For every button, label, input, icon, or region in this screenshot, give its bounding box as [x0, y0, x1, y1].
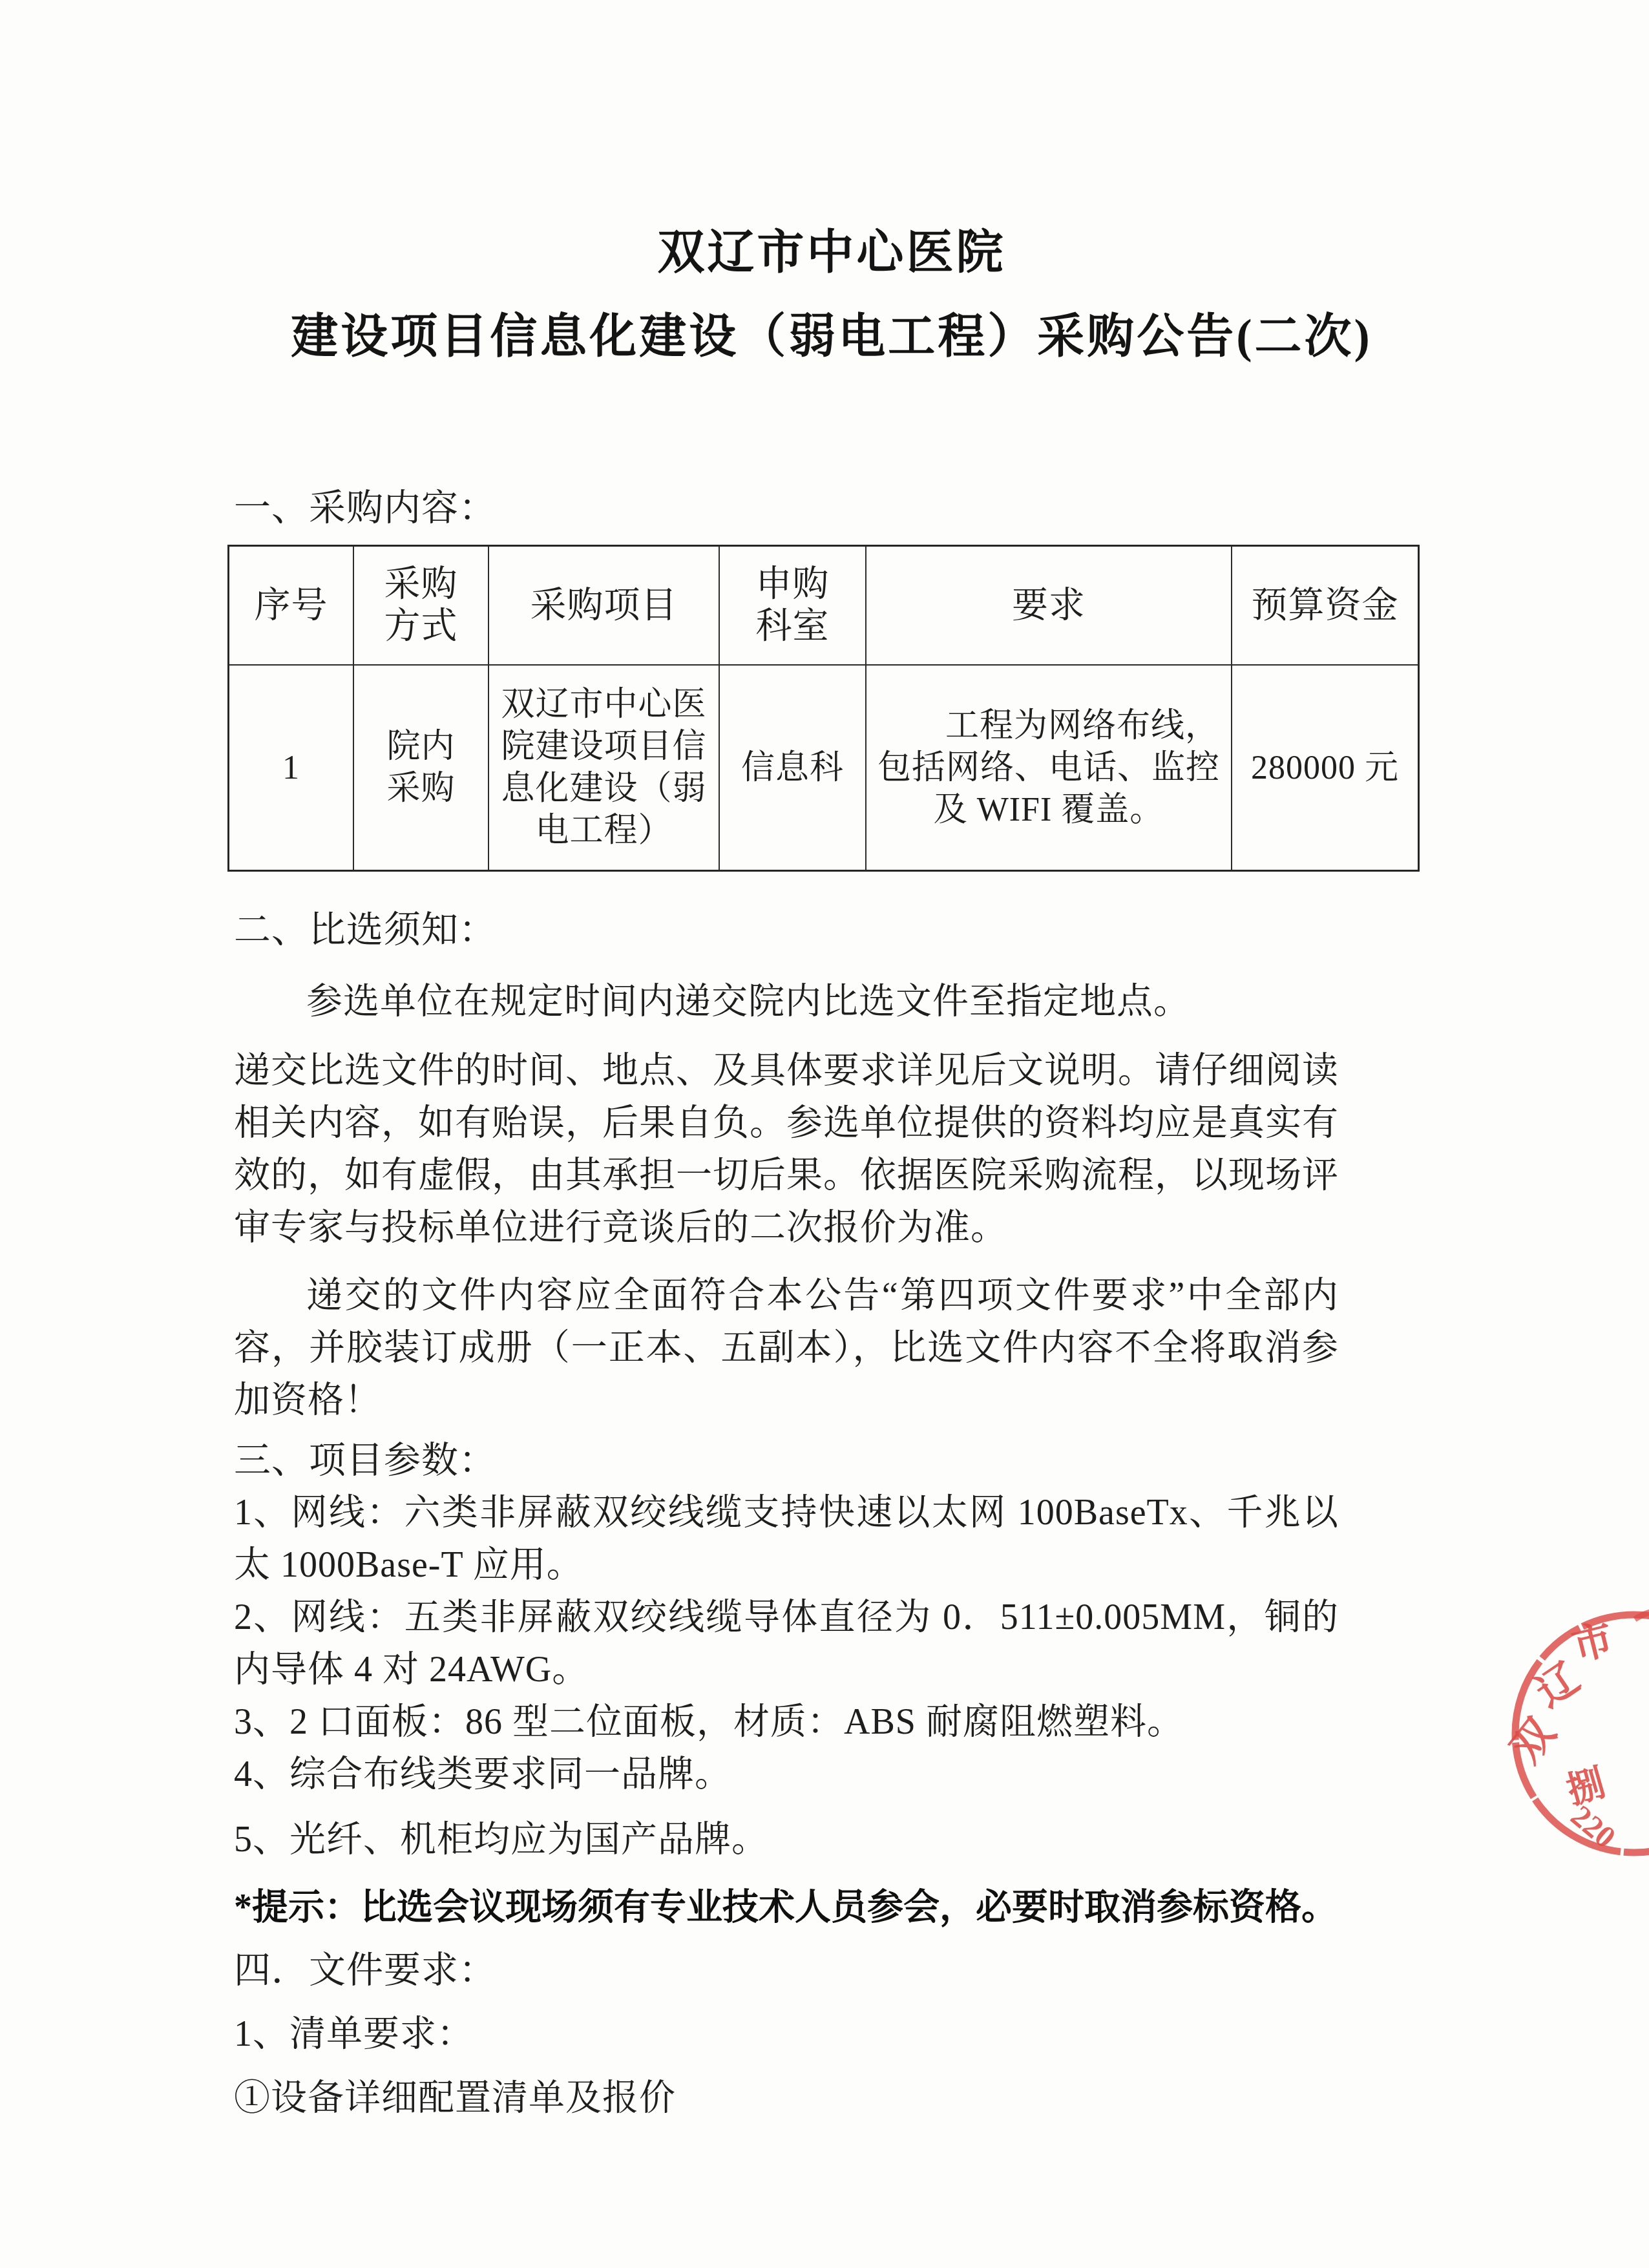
document-title-line2: 建设项目信息化建设（弱电工程）采购公告(二次) [234, 311, 1429, 362]
section4-heading: 四．文件要求： [234, 1944, 1339, 1997]
parameter-item-4: 4、综合布线类要求同一品牌。 [234, 1748, 1339, 1801]
cell-purchase-project: 双辽市中心医院建设项目信息化建设（弱电工程） [488, 665, 719, 871]
section2-paragraph1: 参选单位在规定时间内递交院内比选文件至指定地点。 [234, 976, 1339, 1028]
header-requesting-department: 申购 科室 [719, 546, 866, 666]
cell-requirement: 工程为网络布线，包括网络、电话、监控及 WIFI 覆盖。 [866, 665, 1232, 871]
bold-notice-line: *提示：比选会议现场须有专业技术人员参会，必要时取消参标资格。 [234, 1882, 1339, 1934]
cell-purchase-method: 院内 采购 [353, 665, 488, 871]
parameter-item-3: 3、2 口面板：86 型二位面板，材质：ABS 耐腐阻燃塑料。 [234, 1696, 1339, 1748]
header-requirement: 要求 [866, 546, 1232, 666]
parameter-item-1: 1、网线：六类非屏蔽双绞线缆支持快速以太网 100BaseTx、千兆以太 100… [234, 1487, 1339, 1591]
document-content: 双辽市中心医院 建设项目信息化建设（弱电工程）采购公告(二次) 一、采购内容： … [0, 0, 1649, 2125]
section4-item-1: ①设备详细配置清单及报价 [234, 2072, 1339, 2125]
header-budget: 预算资金 [1232, 546, 1419, 666]
section4-subheading-1: 1、清单要求： [234, 2008, 1339, 2061]
header-purchase-method: 采购 方式 [353, 546, 488, 666]
cell-requesting-department: 信息科 [719, 665, 866, 871]
header-purchase-project: 采购项目 [488, 546, 719, 666]
cell-budget: 280000 元 [1232, 665, 1419, 871]
procurement-table: 序号 采购 方式 采购项目 申购 科室 要求 预算资金 1 院内 采购 双辽市中… [227, 545, 1420, 872]
header-serial-number: 序号 [229, 546, 353, 666]
table-header-row: 序号 采购 方式 采购项目 申购 科室 要求 预算资金 [229, 546, 1419, 666]
document-title-line1: 双辽市中心医院 [234, 227, 1429, 278]
parameter-item-5: 5、光纤、机柜均应为国产品牌。 [234, 1814, 1339, 1866]
section2-paragraph3: 递交的文件内容应全面符合本公告“第四项文件要求”中全部内容，并胶装订成册（一正本… [234, 1270, 1339, 1427]
cell-serial-number: 1 [229, 665, 353, 871]
section3-heading: 三、项目参数： [234, 1434, 1339, 1487]
section1-heading: 一、采购内容： [234, 482, 1339, 534]
section2-paragraph2: 递交比选文件的时间、地点、及具体要求详见后文说明。请仔细阅读相关内容，如有贻误，… [234, 1045, 1339, 1254]
scanned-document-page: 双辽市中心医院 建设项目信息化建设（弱电工程）采购公告(二次) 一、采购内容： … [0, 0, 1649, 2268]
section2-heading: 二、比选须知： [234, 904, 1339, 956]
table-row: 1 院内 采购 双辽市中心医院建设项目信息化建设（弱电工程） 信息科 工程为网络… [229, 665, 1419, 871]
parameter-item-2: 2、网线：五类非屏蔽双绞线缆导体直径为 0．511±0.005MM，铜的内导体 … [234, 1591, 1339, 1696]
